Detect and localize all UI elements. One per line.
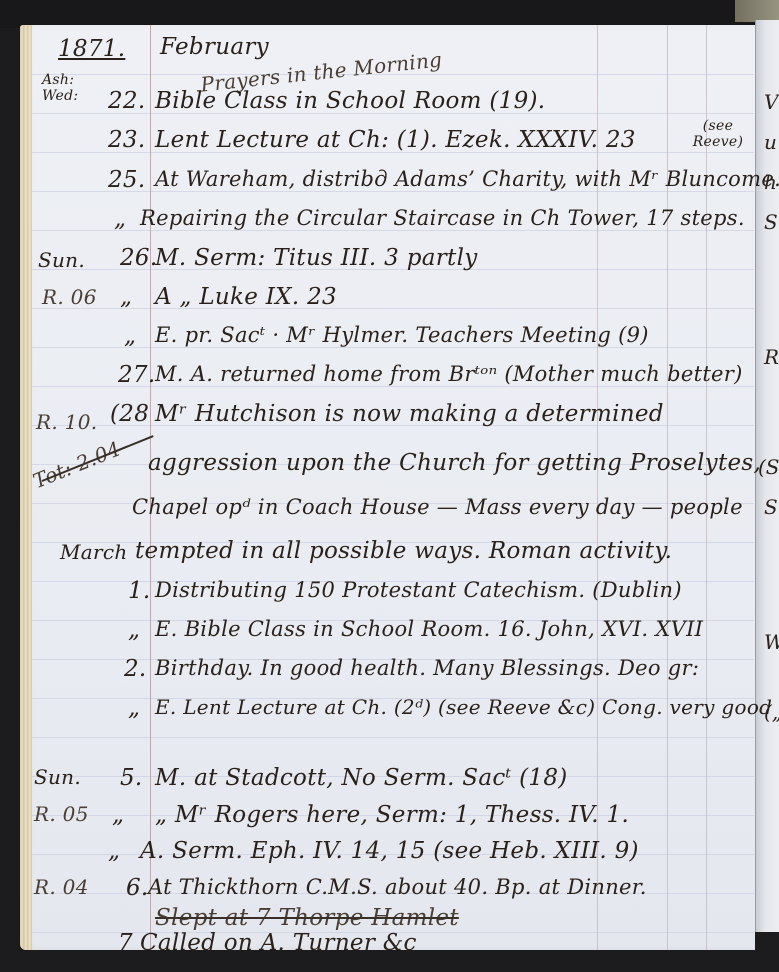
entry-date: „ bbox=[112, 802, 124, 828]
entry-date: (28 bbox=[110, 401, 149, 427]
entry-date: 1. bbox=[128, 578, 151, 604]
month-heading: February bbox=[160, 34, 269, 60]
entry-date: „ bbox=[128, 695, 140, 721]
adjacent-text: W bbox=[764, 630, 779, 654]
entry-date: 25. bbox=[108, 167, 145, 193]
margin-note-r05: R. 05 bbox=[34, 802, 89, 826]
margin-note-sunday: Sun. bbox=[34, 765, 81, 789]
entry-text: Mʳ Hutchison is now making a determined bbox=[155, 401, 664, 427]
background-corner bbox=[735, 0, 779, 22]
entry-text: At Thickthorn C.M.S. about 40. Bp. at Di… bbox=[148, 875, 647, 899]
margin-note-r06: R. 06 bbox=[42, 285, 97, 309]
column-rule bbox=[667, 25, 668, 950]
margin-note-r10: R. 10. bbox=[36, 410, 97, 434]
entry-text: E. Lent Lecture at Ch. (2ᵈ) (see Reeve &… bbox=[155, 695, 772, 719]
margin-note-sunday: Sun. bbox=[38, 248, 85, 272]
margin-note-r04: R. 04 bbox=[34, 875, 89, 899]
column-rule bbox=[706, 25, 707, 950]
adjacent-text: V bbox=[764, 90, 778, 114]
entry-date: 27. bbox=[118, 362, 155, 388]
entry-date: 23. bbox=[108, 127, 145, 153]
ruled-line bbox=[32, 347, 754, 348]
entry-text: Called on A. Turner &c bbox=[140, 930, 417, 956]
ruled-line bbox=[32, 737, 754, 738]
adjacent-text: u bbox=[764, 130, 777, 154]
ruled-line bbox=[32, 230, 754, 231]
entry-text: tempted in all possible ways. Roman acti… bbox=[135, 538, 672, 564]
entry-date: „ bbox=[128, 617, 140, 643]
entry-text: M. at Stadcott, No Serm. Sacᵗ (18) bbox=[155, 765, 568, 791]
margin-note-ash-wednesday: Ash: Wed: bbox=[42, 72, 82, 104]
entry-date: „ bbox=[114, 206, 126, 232]
entry-text: Bible Class in School Room (19). bbox=[155, 88, 545, 114]
entry-text: M. A. returned home from Brᵗᵒⁿ (Mother m… bbox=[155, 362, 743, 386]
entry-date: „ bbox=[108, 838, 120, 864]
entry-text: E. pr. Sacᵗ · Mʳ Hylmer. Teachers Meetin… bbox=[155, 323, 649, 347]
entry-text-struck: Slept at 7 Thorpe Hamlet bbox=[155, 905, 459, 931]
entry-text: A. Serm. Eph. IV. 14, 15 (see Heb. XIII.… bbox=[140, 838, 639, 864]
adjacent-page: V u h S R (S S W („ bbox=[755, 20, 779, 932]
adjacent-text: S bbox=[764, 210, 778, 234]
margin-line bbox=[150, 25, 151, 950]
entry-text: E. Bible Class in School Room. 16. John,… bbox=[155, 617, 703, 641]
entry-text: Lent Lecture at Ch: (1). Ezek. XXXIV. 23 bbox=[155, 127, 636, 153]
entry-text: M. Serm: Titus III. 3 partly bbox=[155, 245, 478, 271]
entry-text: Chapel opᵈ in Coach House — Mass every d… bbox=[132, 495, 743, 519]
entry-text: Birthday. In good health. Many Blessings… bbox=[155, 656, 699, 680]
adjacent-text: S bbox=[764, 495, 778, 519]
entry-date: 6. bbox=[126, 875, 149, 901]
year-heading: 1871. bbox=[58, 36, 125, 62]
entry-date: „ bbox=[120, 284, 132, 310]
entry-text: At Wareham, distribд Adams’ Charity, wit… bbox=[155, 167, 779, 191]
entry-date: 7 bbox=[118, 930, 133, 956]
entry-date: 5. bbox=[120, 765, 143, 791]
entry-text: A „ Luke IX. 23 bbox=[155, 284, 337, 310]
adjacent-text: R bbox=[764, 345, 779, 369]
entry-date: 22. bbox=[108, 88, 145, 114]
entry-text: „ Mʳ Rogers here, Serm: 1, Thess. IV. 1. bbox=[155, 802, 629, 828]
entry-text: aggression upon the Church for getting P… bbox=[148, 450, 761, 476]
entry-annotation: (see Reeve) bbox=[688, 118, 748, 150]
margin-note-march: March bbox=[60, 540, 128, 564]
dark-background bbox=[0, 0, 779, 28]
entry-text: Repairing the Circular Staircase in Ch T… bbox=[140, 206, 745, 230]
page-edges bbox=[20, 25, 32, 950]
ruled-line bbox=[32, 308, 754, 309]
entry-date: 2. bbox=[124, 656, 147, 682]
entry-text: Distributing 150 Protestant Catechism. (… bbox=[155, 578, 682, 602]
entry-date: „ bbox=[124, 323, 136, 349]
entry-date: 26. bbox=[120, 245, 157, 271]
